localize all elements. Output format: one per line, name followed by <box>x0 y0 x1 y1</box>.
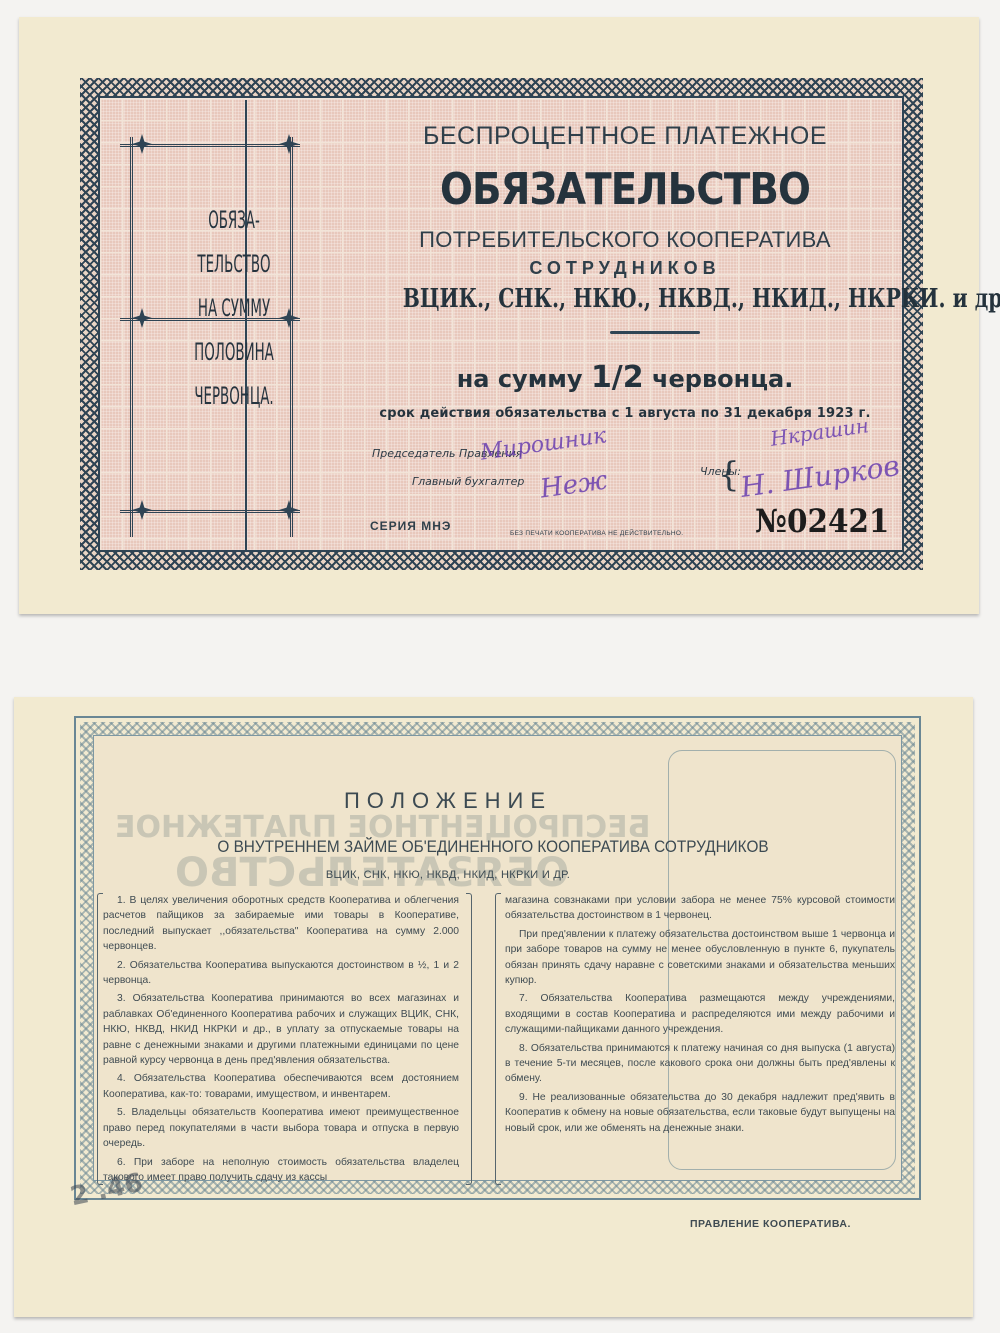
series-label: СЕРИЯ МНЭ <box>370 519 451 533</box>
left-panel-rule <box>290 137 293 537</box>
regulation-clause: магазина совзнаками при условии забора н… <box>505 893 895 924</box>
column-bracket <box>495 893 501 1185</box>
serial-number: №02421 <box>755 502 889 540</box>
regulation-clause: При пред'явлении к платежу обязательства… <box>505 927 895 989</box>
regulation-clause: 4. Обязательства Кооператива обеспечиваю… <box>103 1071 459 1102</box>
regulation-clause: 3. Обязательства Кооператива принимаются… <box>103 991 459 1068</box>
back-title: ПОЛОЖЕНИЕ <box>93 788 803 814</box>
title-agencies: ВЦИК., СНК., НКЮ., НКВД., НКИД., НКРКИ. … <box>403 284 848 314</box>
denomination-fraction: 1/2 <box>591 360 644 395</box>
regulation-clause: 6. При заборе на неполную стоимость обяз… <box>103 1155 459 1186</box>
denomination-line: на сумму 1/2 червонца. <box>340 360 910 395</box>
back-subtitle: О ВНУТРЕННЕМ ЗАЙМЕ ОБ'ЕДИНЕННОГО КООПЕРА… <box>121 838 865 857</box>
ornamental-dash <box>610 331 700 334</box>
column-bracket <box>466 893 472 1185</box>
regulation-clause: 8. Обязательства принимаются к платежу н… <box>505 1041 895 1087</box>
regulation-clause: 5. Владельцы обязательств Кооператива им… <box>103 1105 459 1151</box>
back-subtitle-agencies: ВЦИК, СНК, НКЮ, НКВД, НКИД, НКРКИ И ДР. <box>93 869 803 881</box>
chief-accountant-label: Главный бухгалтер <box>412 475 524 488</box>
title-line-1: БЕСПРОЦЕНТНОЕ ПЛАТЕЖНОЕ <box>340 122 910 151</box>
left-panel-denomination: ОБЯЗА- ТЕЛЬСТВО НА СУММУ ПОЛОВИНА ЧЕРВОН… <box>193 198 275 418</box>
regulation-clause: 7. Обязательства Кооператива размещаются… <box>505 991 895 1037</box>
void-notice: БЕЗ ПЕЧАТИ КООПЕРАТИВА НЕ ДЕЙСТВИТЕЛЬНО. <box>510 530 683 537</box>
brace: { <box>718 455 740 495</box>
left-panel-rule <box>130 137 133 537</box>
regulation-clause: 1. В целях увеличения оборотных средств … <box>103 893 459 955</box>
regulation-column-right: магазина совзнаками при условии забора н… <box>505 893 895 1139</box>
title-line-4: СОТРУДНИКОВ <box>340 258 910 279</box>
document-title: ОБЯЗАТЕЛЬСТВО <box>374 164 876 215</box>
title-line-3: ПОТРЕБИТЕЛЬСКОГО КООПЕРАТИВА <box>340 227 910 253</box>
regulation-column-left: 1. В целях увеличения оборотных средств … <box>103 893 459 1188</box>
regulation-clause: 9. Не реализованные обязательства до 30 … <box>505 1090 895 1136</box>
board-signature: ПРАВЛЕНИЕ КООПЕРАТИВА. <box>690 1218 851 1230</box>
regulation-clause: 2. Обязательства Кооператива выпускаются… <box>103 958 459 989</box>
